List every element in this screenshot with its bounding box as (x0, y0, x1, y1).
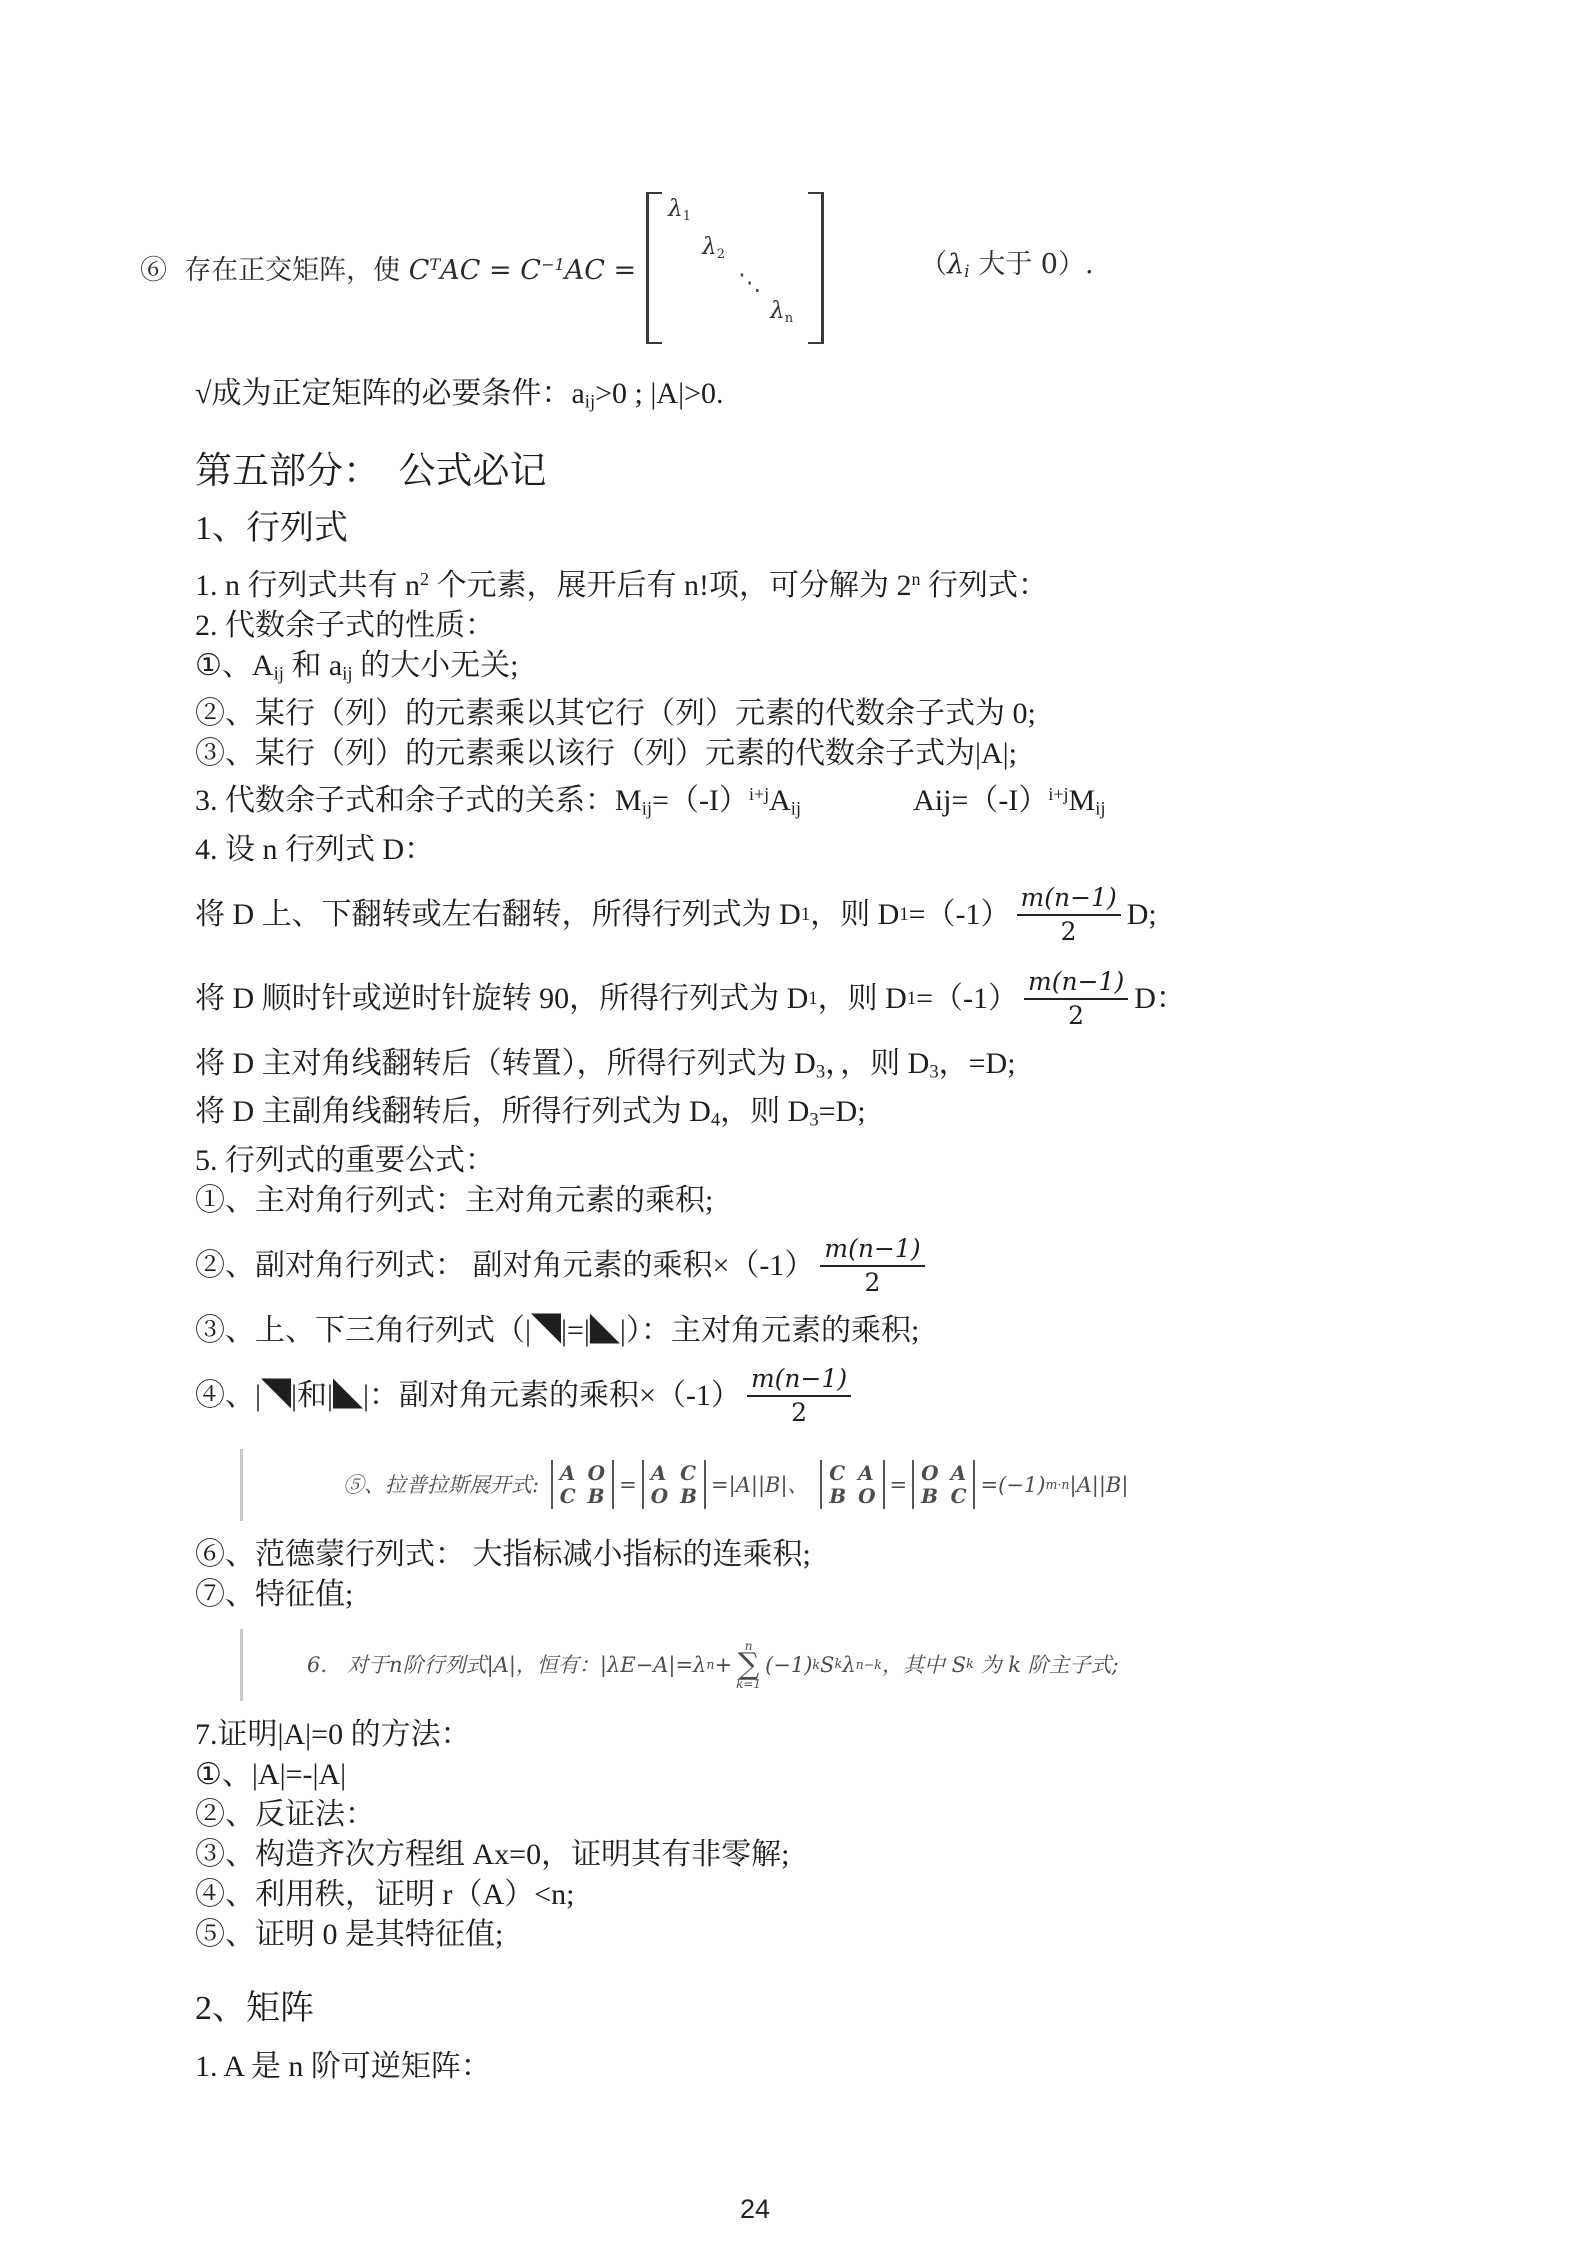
text-run: k (812, 1652, 820, 1678)
text-run: AC (440, 255, 480, 286)
matrix-cell: O (588, 1463, 605, 1483)
text-run: ③、构造齐次方程组 Ax=0，证明其有非零解; (195, 1838, 789, 1871)
lambda-entry: λ2 (702, 236, 725, 266)
text-run: 3. 代数余子式和余子式的关系：M (195, 784, 642, 817)
text-run: ij (642, 799, 652, 820)
text-run: 和 a (284, 649, 342, 682)
text-run: ①、|A|=-|A| (195, 1758, 346, 1791)
text-run: ，=D; (939, 1047, 1016, 1080)
text-run: (−1) (765, 1652, 812, 1678)
text-run: ij (791, 799, 801, 820)
text-run: 2. 代数余子式的性质： (195, 609, 495, 642)
lambda-subscript: 1 (683, 209, 691, 224)
text-run: |A||B| (1070, 1472, 1129, 1498)
matrix-cell: A (951, 1463, 967, 1483)
text-run: 2、矩阵 (195, 1990, 314, 2027)
doc-line: ④、利用秩，证明 r（A）<n; (195, 1875, 1447, 1915)
doc-line: 将 D 顺时针或逆时针旋转 90，所得行列式为 D1，则 D1=（-1）m(n−… (195, 960, 1447, 1038)
matrix-cell: B (588, 1486, 605, 1506)
text-run: ⑥ 存在正交矩阵，使 (140, 255, 409, 286)
doc-line: √成为正定矩阵的必要条件：aij>0 ; |A|>0. (195, 374, 1447, 423)
text-run: = (619, 1472, 637, 1498)
fraction: m(n−1)2 (1017, 883, 1121, 947)
sum-sigma-symbol: ∑ (738, 1652, 759, 1678)
text-run: 3 (816, 1061, 825, 1082)
text-run: 4. 设 n 行列式 D： (195, 833, 434, 866)
text-run: ①、A (195, 649, 274, 682)
text-run: ③、上、下三角行列式（|◥|=|◣|）：主对角元素的乘积; (195, 1314, 919, 1347)
doc-line: 4. 设 n 行列式 D： (195, 830, 1447, 870)
text-run: ③、某行（列）的元素乘以该行（列）元素的代数余子式为|A|; (195, 737, 1017, 770)
text-run: 大于 0）. (970, 249, 1094, 280)
doc-line: 将 D 上、下翻转或左右翻转，所得行列式为 D1，则 D1=（-1）m(n−1)… (195, 876, 1447, 954)
text-run: 5. 行列式的重要公式： (195, 1144, 495, 1177)
fraction-denominator: 2 (1068, 1000, 1084, 1031)
lambda-subscript: 2 (717, 247, 725, 262)
text-run: ，则 D (818, 979, 907, 1019)
text-run: ④、利用秩，证明 r（A）<n; (195, 1878, 574, 1911)
fraction-denominator: 2 (1061, 916, 1077, 947)
text-run: + (714, 1652, 732, 1678)
text-run: ij (1095, 799, 1105, 820)
text-run: ，其中 S (882, 1652, 966, 1678)
text-run: ，则 D (720, 1095, 809, 1128)
text-run: >0 ; |A|>0. (595, 377, 723, 410)
text-run: （ (920, 249, 947, 280)
fraction: m(n−1)2 (1024, 967, 1128, 1031)
text-run: 第五部分： 公式必记 (195, 451, 547, 492)
text-run: ij (274, 663, 284, 684)
fraction-numerator: m(n−1) (747, 1364, 851, 1397)
matrix-bracket-right (808, 192, 824, 344)
doc-line: ③、构造齐次方程组 Ax=0，证明其有非零解; (195, 1835, 1447, 1875)
text-run: ij (585, 392, 595, 413)
doc-line: ③、上、下三角行列式（|◥|=|◣|）：主对角元素的乘积; (195, 1311, 1447, 1351)
text-run: n (912, 569, 921, 589)
text-run: 4 (711, 1110, 720, 1131)
doc-line: ②、反证法： (195, 1795, 1447, 1835)
doc-line: 2. 代数余子式的性质： (195, 606, 1447, 646)
doc-line: ①、Aij 和 aij 的大小无关; (195, 646, 1447, 695)
matrix-cell: C (560, 1486, 576, 1506)
text-run: 1 (899, 895, 908, 935)
text-run: ②、副对角行列式： 副对角元素的乘积×（-1） (195, 1246, 814, 1286)
text-run: =(−1) (980, 1472, 1045, 1498)
determinant-2x2: OABC (912, 1460, 975, 1509)
text-run: C (409, 255, 430, 286)
text-run: ，，则 D (825, 1047, 929, 1080)
fraction-denominator: 2 (865, 1267, 881, 1298)
document-page: ⑥ 存在正交矩阵，使 CTAC = C−1AC = λ1λ2⋱λn （λi 大于… (0, 0, 1587, 2245)
text-run: λ (842, 1652, 855, 1678)
text-run: 为 k 阶主子式; (974, 1652, 1119, 1678)
text-run: 3 (929, 1061, 938, 1082)
doc-line: ①、主对角行列式：主对角元素的乘积; (195, 1181, 1447, 1221)
matrix-cell: B (921, 1486, 938, 1506)
doc-line: 7.证明|A|=0 的方法： (195, 1715, 1447, 1755)
text-run: D; (1127, 895, 1157, 935)
fraction-numerator: m(n−1) (820, 1234, 924, 1267)
sum-lower-limit: k=1 (736, 1678, 761, 1690)
text-run: 2 (420, 569, 429, 589)
fraction-denominator: 2 (791, 1397, 807, 1428)
matrix-cell: C (951, 1486, 967, 1506)
matrix-cell: A (651, 1463, 668, 1483)
fraction-numerator: m(n−1) (1017, 883, 1121, 916)
text-run: 行列式： (921, 569, 1049, 602)
text-run: n−k (856, 1652, 882, 1678)
matrix-cell: B (829, 1486, 846, 1506)
section-heading: 第五部分： 公式必记 (195, 447, 1447, 497)
text-run: =（-1） (916, 979, 1018, 1019)
scanned-formula-block: ⑤、拉普拉斯展开式: AOCB=ACOB=|A||B|、 CABO=OABC=(… (240, 1449, 1447, 1521)
text-run: 6. 对于n阶行列式|A|，恒有：|λE−A|=λ (307, 1652, 706, 1678)
doc-line: 将 D 主副角线翻转后，所得行列式为 D4，则 D3=D; (195, 1092, 1447, 1141)
lambda-entry: λn (770, 300, 793, 330)
scanned-formula-block: 6. 对于n阶行列式|A|，恒有：|λE−A|=λn+n∑k=1(−1)kSkλ… (240, 1629, 1447, 1701)
text-run: ⑦、特征值; (195, 1578, 353, 1611)
text-run: AC (565, 255, 605, 286)
fraction: m(n−1)2 (747, 1364, 851, 1428)
doc-line: ③、某行（列）的元素乘以该行（列）元素的代数余子式为|A|; (195, 734, 1447, 774)
matrix-bracket-left (646, 192, 662, 344)
text-run: 1 (808, 979, 817, 1019)
doc-line: ⑦、特征值; (195, 1575, 1447, 1615)
document-content: √成为正定矩阵的必要条件：aij>0 ; |A|>0.第五部分： 公式必记1、行… (0, 374, 1587, 2087)
doc-line: 1. n 行列式共有 n2 个元素，展开后有 n!项，可分解为 2n 行列式： (195, 559, 1447, 606)
doc-line: ⑤、证明 0 是其特征值; (195, 1915, 1447, 1955)
diagonal-lambda-matrix: λ1λ2⋱λn (646, 192, 824, 344)
matrix-cell: A (858, 1463, 875, 1483)
matrix-cell: C (829, 1463, 846, 1483)
text-run: 1. A 是 n 阶可逆矩阵： (195, 2050, 491, 2083)
text-run: m·n (1045, 1472, 1069, 1498)
text-run: ，则 D (810, 895, 899, 935)
text-run: a (571, 377, 584, 410)
doc-line: 1. A 是 n 阶可逆矩阵： (195, 2047, 1447, 2087)
text-run: =（-I） (652, 784, 749, 817)
doc-line: ②、副对角行列式： 副对角元素的乘积×（-1）m(n−1)2 (195, 1227, 1447, 1305)
page-number: 24 (740, 2189, 770, 2229)
text-run: = (605, 255, 636, 286)
lambda-entry: λ1 (668, 198, 691, 228)
doc-line: ①、|A|=-|A| (195, 1755, 1447, 1795)
fraction-numerator: m(n−1) (1024, 967, 1128, 1000)
text-run: 将 D 主副角线翻转后，所得行列式为 D (195, 1095, 711, 1128)
text-run: 个元素，展开后有 n!项，可分解为 2 (429, 569, 912, 602)
text-run: n (706, 1652, 714, 1678)
formula-tail-text: （λi 大于 0）. (920, 245, 1093, 291)
doc-line: 将 D 主对角线翻转后（转置），所得行列式为 D3，，则 D3，=D; (195, 1044, 1447, 1093)
lambda-subscript: n (785, 311, 793, 326)
text-run: ②、某行（列）的元素乘以其它行（列）元素的代数余子式为 0; (195, 697, 1036, 730)
text-run: ④、|◥|和|◣|：副对角元素的乘积×（-1） (195, 1376, 741, 1416)
matrix-cell: O (858, 1486, 875, 1506)
text-run: i+j (1048, 784, 1068, 804)
text-run: ij (342, 663, 352, 684)
matrix-cell: O (921, 1463, 938, 1483)
doc-line: 3. 代数余子式和余子式的关系：Mij=（-I）i+jAijAij=（-I）i+… (195, 774, 1447, 830)
text-run: Aij=（-I） (913, 784, 1048, 817)
text-run: D： (1134, 979, 1186, 1019)
text-run: T (429, 255, 440, 274)
fraction: m(n−1)2 (820, 1234, 924, 1298)
text-run: ①、主对角行列式：主对角元素的乘积; (195, 1184, 713, 1217)
text-run: = (890, 1472, 908, 1498)
text-run: = (480, 255, 520, 286)
formula-lead-text: ⑥ 存在正交矩阵，使 CTAC = C−1AC = (140, 245, 636, 291)
text-run: i+j (749, 784, 769, 804)
sub-heading: 2、矩阵 (195, 1987, 1447, 2031)
matrix-cell: B (680, 1486, 697, 1506)
text-run: M (1069, 784, 1096, 817)
text-run: 3 (809, 1110, 818, 1131)
doc-line: ⑥、范德蒙行列式： 大指标减小指标的连乘积; (195, 1535, 1447, 1575)
doc-line: 5. 行列式的重要公式： (195, 1141, 1447, 1181)
diagonal-dots: ⋱ (738, 272, 763, 295)
text-run: 1 (801, 895, 810, 935)
text-run: 1 (907, 979, 916, 1019)
matrix-cell: C (680, 1463, 697, 1483)
text-run: ⑤、证明 0 是其特征值; (195, 1918, 503, 1951)
determinant-2x2: AOCB (551, 1460, 614, 1509)
summation: n∑k=1 (736, 1640, 761, 1690)
text-run: 将 D 顺时针或逆时针旋转 90，所得行列式为 D (195, 979, 808, 1019)
text-run: =|A||B|、 (711, 1472, 815, 1498)
text-run: C (520, 255, 541, 286)
orthogonal-matrix-formula: ⑥ 存在正交矩阵，使 CTAC = C−1AC = λ1λ2⋱λn （λi 大于… (140, 188, 1587, 348)
text-run: λ (947, 249, 964, 280)
text-run: =（-1） (909, 895, 1011, 935)
matrix-cell: A (560, 1463, 576, 1483)
determinant-2x2: ACOB (642, 1460, 706, 1509)
text-run: 将 D 上、下翻转或左右翻转，所得行列式为 D (195, 895, 801, 935)
determinant-2x2: CABO (820, 1460, 884, 1509)
text-run: ⑤、拉普拉斯展开式: (343, 1472, 546, 1498)
text-run: =D; (819, 1095, 866, 1128)
text-run: 1、行列式 (195, 510, 348, 547)
text-run: A (769, 784, 791, 817)
text-run: k (966, 1652, 974, 1678)
doc-line: ②、某行（列）的元素乘以其它行（列）元素的代数余子式为 0; (195, 694, 1447, 734)
doc-line: ④、|◥|和|◣|：副对角元素的乘积×（-1）m(n−1)2 (195, 1357, 1447, 1435)
sub-heading: 1、行列式 (195, 507, 1447, 551)
text-run: 7.证明|A|=0 的方法： (195, 1718, 471, 1751)
text-run: ⑥、范德蒙行列式： 大指标减小指标的连乘积; (195, 1538, 811, 1571)
text-run: 1. n 行列式共有 n (195, 569, 420, 602)
text-run: 的大小无关; (353, 649, 519, 682)
text-run: −1 (541, 255, 565, 274)
text-run: 将 D 主对角线翻转后（转置），所得行列式为 D (195, 1047, 816, 1080)
text-run: S (820, 1652, 834, 1678)
text-run: ②、反证法： (195, 1798, 375, 1831)
matrix-cell: O (651, 1486, 668, 1506)
text-run: √成为正定矩阵的必要条件： (195, 377, 571, 410)
